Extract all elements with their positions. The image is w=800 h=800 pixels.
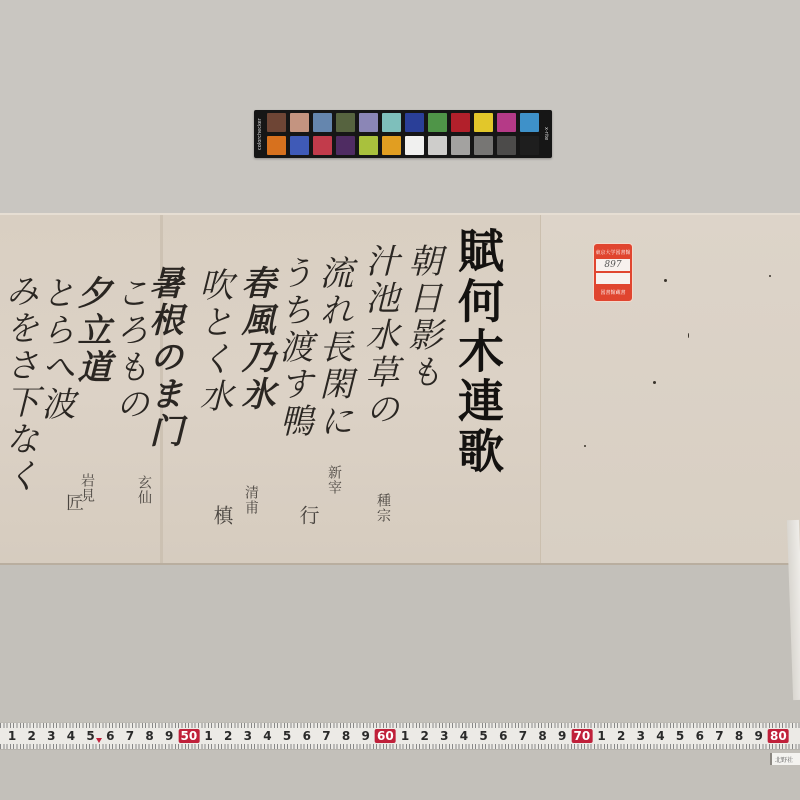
ruler-number: 70 [571, 729, 592, 743]
label-library-name: 東京大学図書館 [596, 246, 630, 258]
color-swatch [497, 113, 516, 132]
color-swatch [405, 136, 424, 155]
ruler-number: 50 [178, 729, 199, 743]
color-swatch [336, 136, 355, 155]
paper-speck [769, 275, 771, 277]
paper-speck [664, 279, 667, 282]
color-swatch [474, 136, 493, 155]
color-swatch [313, 113, 332, 132]
ruler-number: 1 [204, 729, 212, 743]
ruler-number: 3 [47, 729, 55, 743]
color-swatch [336, 113, 355, 132]
ruler-number: 8 [342, 729, 350, 743]
ruler-number: 5 [676, 729, 684, 743]
verse-line: 夕立道 [74, 275, 108, 386]
scroll-title: 賦何木連歌 [455, 227, 501, 547]
ruler-number: 4 [656, 729, 664, 743]
identification-tag: 北野社 [770, 753, 800, 765]
ruler-number: 4 [67, 729, 75, 743]
verse-line: ころもの [112, 275, 146, 423]
ruler-ticks-top [0, 723, 800, 728]
ruler-number: 5 [479, 729, 487, 743]
ruler-number: 3 [440, 729, 448, 743]
ruler-number: 3 [244, 729, 252, 743]
measuring-ruler: 1234567895012345678960123456789701234567… [0, 722, 800, 750]
ruler-number: 9 [755, 729, 763, 743]
ruler-number: 5 [86, 729, 94, 743]
color-swatch [520, 136, 539, 155]
ruler-marker-icon [96, 738, 102, 743]
verse-line: 暑根のま门 [146, 265, 180, 450]
verse-line: 流れ長閑に [316, 255, 350, 440]
ruler-number: 4 [263, 729, 271, 743]
paper-speck [584, 445, 586, 447]
library-call-number-label: 東京大学図書館 897 図書館蔵書 [593, 243, 633, 302]
verse-line: 朝日影も [405, 243, 439, 391]
ruler-number: 3 [637, 729, 645, 743]
ruler-number: 2 [617, 729, 625, 743]
ruler-number: 7 [519, 729, 527, 743]
color-swatch [290, 136, 309, 155]
verse-line: うち渡す鴨 [276, 255, 310, 440]
ruler-number: 7 [715, 729, 723, 743]
verse-line: 吹とく水 [196, 267, 230, 415]
color-swatch [497, 136, 516, 155]
ruler-number: 6 [499, 729, 507, 743]
label-collection-name: 図書館蔵書 [596, 286, 630, 298]
ruler-number: 2 [224, 729, 232, 743]
color-swatch [290, 113, 309, 132]
ruler-number: 4 [460, 729, 468, 743]
color-swatch [474, 113, 493, 132]
ruler-number: 7 [126, 729, 134, 743]
color-swatch [451, 136, 470, 155]
checker-swatch-grid [267, 113, 539, 155]
background-bottom [0, 565, 800, 800]
color-swatch [405, 113, 424, 132]
color-swatch [382, 113, 401, 132]
verse-line: みをさ下なく [2, 273, 36, 495]
scroll-blank-end [540, 215, 800, 563]
color-swatch [428, 113, 447, 132]
color-swatch [267, 136, 286, 155]
ruler-number: 7 [322, 729, 330, 743]
ruler-number: 6 [303, 729, 311, 743]
poet-signature: 玄仙 [137, 475, 151, 505]
ruler-number: 80 [768, 729, 789, 743]
label-call-number: 897 [596, 259, 630, 271]
color-swatch [313, 136, 332, 155]
ruler-number: 1 [8, 729, 16, 743]
ruler-number: 5 [283, 729, 291, 743]
ruler-number: 8 [735, 729, 743, 743]
scroll-document: 賦何木連歌 朝日影も 汁池水草の 種宗 流れ長閑に 新宰 うち渡す鴨 行 春風乃… [0, 213, 800, 565]
color-swatch [267, 113, 286, 132]
verse-line: とらへ波 [38, 275, 72, 423]
ruler-number: 6 [696, 729, 704, 743]
checker-brand: colorchecker [257, 114, 265, 154]
paper-speck [653, 381, 656, 384]
ruler-number: 1 [597, 729, 605, 743]
poet-signature: 新宰 [327, 465, 341, 495]
poet-signature: 岩見 [80, 473, 94, 503]
ruler-number: 6 [106, 729, 114, 743]
verse-line: 汁池水草の [362, 243, 396, 428]
color-checker: colorchecker x-rite [254, 110, 552, 158]
ruler-number: 2 [27, 729, 35, 743]
ruler-number: 2 [420, 729, 428, 743]
label-blank-field [596, 273, 630, 284]
verse-line: 春風乃氷 [238, 265, 272, 413]
poet-signature: 清甫 [244, 485, 258, 515]
background-top [0, 0, 800, 215]
color-swatch [359, 113, 378, 132]
paper-speck [688, 333, 689, 338]
poet-signature: 種宗 [376, 493, 390, 523]
ruler-number: 8 [145, 729, 153, 743]
color-swatch [428, 136, 447, 155]
ruler-number: 8 [538, 729, 546, 743]
color-swatch [520, 113, 539, 132]
ruler-numbers: 1234567895012345678960123456789701234567… [0, 729, 800, 743]
ruler-number: 60 [375, 729, 396, 743]
poet-signature: 槙 [212, 505, 232, 526]
xrite-logo: x-rite [541, 114, 549, 154]
color-swatch [359, 136, 378, 155]
color-swatch [382, 136, 401, 155]
ruler-ticks-bottom [0, 744, 800, 749]
ruler-number: 9 [362, 729, 370, 743]
ruler-number: 9 [558, 729, 566, 743]
ruler-number: 9 [165, 729, 173, 743]
color-swatch [451, 113, 470, 132]
poet-signature: 行 [298, 505, 318, 526]
ruler-number: 1 [401, 729, 409, 743]
